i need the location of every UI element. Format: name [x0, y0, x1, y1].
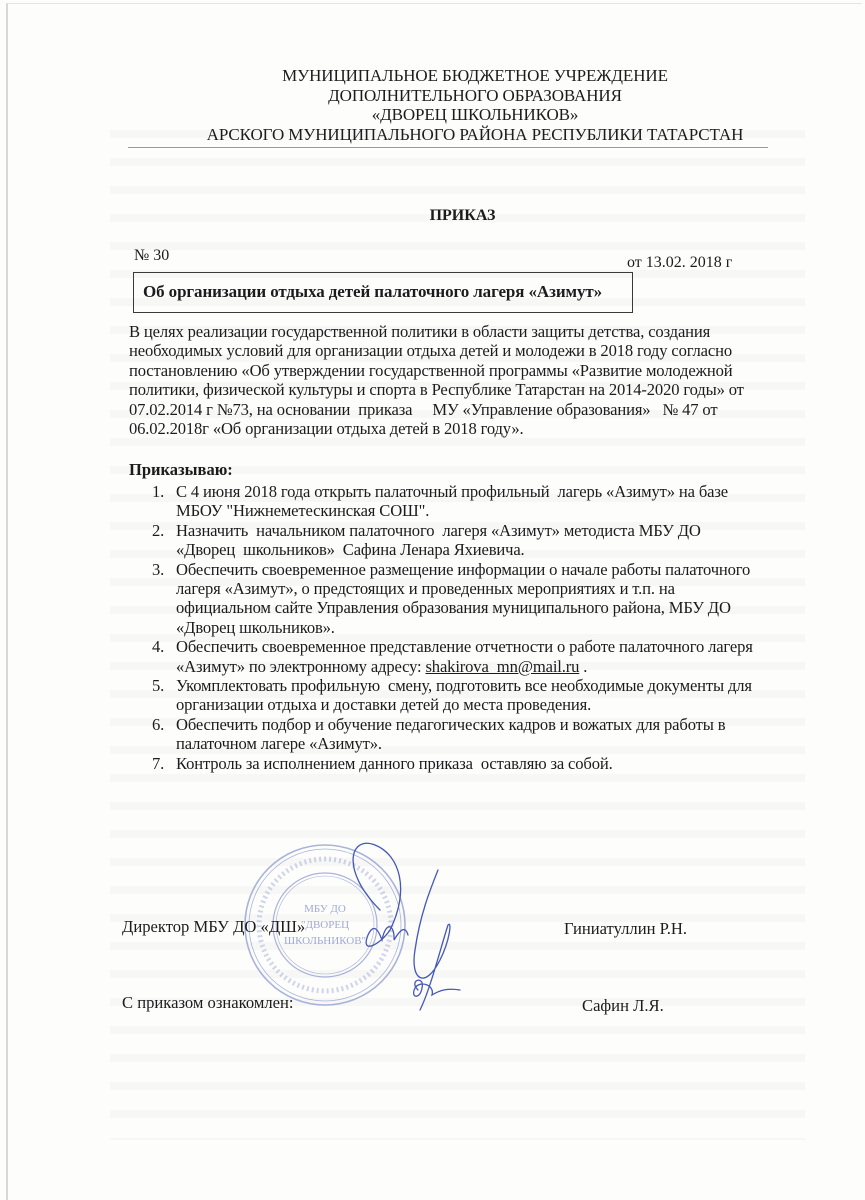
- header-line: «ДВОРЕЦ ШКОЛЬНИКОВ»: [150, 105, 800, 125]
- item-text: «Азимут» по электронному адресу:: [176, 657, 426, 676]
- item-number: 3.: [152, 560, 164, 579]
- preamble-paragraph: В целях реализации государственной полит…: [129, 322, 799, 438]
- stamp-text: МБУ ДО: [304, 903, 346, 915]
- decree-item-2: 2. Назначить начальником палаточного лаг…: [148, 521, 798, 560]
- item-line: официальном сайте Управления образования…: [176, 598, 798, 617]
- item-line: Назначить начальником палаточного лагеря…: [176, 521, 798, 540]
- item-number: 5.: [152, 676, 164, 695]
- item-line: Обеспечить своевременное размещение инфо…: [176, 560, 798, 579]
- decree-item-1: 1. С 4 июня 2018 года открыть палаточный…: [148, 482, 798, 521]
- preamble-line: 06.02.2018г «Об организации отдыха детей…: [129, 419, 799, 438]
- acknowledged-name: Сафин Л.Я.: [582, 996, 664, 1016]
- item-line: Укомплектовать профильную смену, подгото…: [176, 676, 798, 695]
- item-number: 6.: [152, 715, 164, 734]
- decree-item-6: 6. Обеспечить подбор и обучение педагоги…: [148, 715, 798, 754]
- item-number: 1.: [152, 482, 164, 501]
- item-line: «Дворец школьников».: [176, 618, 798, 637]
- acknowledged-label: С приказом ознакомлен:: [122, 993, 293, 1013]
- director-title: Директор МБУ ДО «ДШ»: [122, 917, 305, 937]
- item-number: 7.: [152, 754, 164, 773]
- item-line: Обеспечить подбор и обучение педагогичес…: [176, 715, 798, 734]
- handwritten-signatures: [320, 840, 500, 1020]
- organization-header: МУНИЦИПАЛЬНОЕ БЮДЖЕТНОЕ УЧРЕЖДЕНИЕ ДОПОЛ…: [150, 66, 800, 144]
- preamble-line: 07.02.2014 г №73, на основании приказа М…: [129, 400, 799, 419]
- header-line: ДОПОЛНИТЕЛЬНОГО ОБРАЗОВАНИЯ: [150, 86, 800, 106]
- preamble-line: политики, физической культуры и спорта в…: [129, 380, 799, 399]
- item-line: палаточном лагере «Азимут».: [176, 734, 798, 753]
- email-link[interactable]: shakirova_mn@mail.ru: [426, 657, 580, 676]
- item-number: 2.: [152, 521, 164, 540]
- preamble-line: В целях реализации государственной полит…: [129, 322, 799, 341]
- preamble-line: необходимых условий для организации отды…: [129, 341, 799, 360]
- order-subject: Об организации отдыха детей палаточного …: [143, 282, 602, 301]
- item-line: Контроль за исполнением данного приказа …: [176, 754, 798, 773]
- header-divider: [128, 147, 768, 148]
- item-text: .: [579, 657, 587, 676]
- order-subject-box: Об организации отдыха детей палаточного …: [133, 272, 633, 313]
- item-line: лагеря «Азимут», о предстоящих и проведе…: [176, 579, 798, 598]
- decree-items-list: 1. С 4 июня 2018 года открыть палаточный…: [148, 482, 798, 773]
- order-date: от 13.02. 2018 г: [627, 254, 732, 272]
- order-number: № 30: [134, 247, 169, 265]
- header-line: МУНИЦИПАЛЬНОЕ БЮДЖЕТНОЕ УЧРЕЖДЕНИЕ: [150, 66, 800, 86]
- item-line: организации отдыха и доставки детей до м…: [176, 695, 798, 714]
- item-line: «Дворец школьников» Сафина Ленара Яхиеви…: [176, 540, 798, 559]
- item-number: 4.: [152, 637, 164, 656]
- document-title: ПРИКАЗ: [0, 207, 865, 225]
- director-name: Гиниатуллин Р.Н.: [564, 919, 687, 939]
- decree-item-4: 4. Обеспечить своевременное представлени…: [148, 637, 798, 676]
- decree-item-3: 3. Обеспечить своевременное размещение и…: [148, 560, 798, 638]
- decree-item-7: 7. Контроль за исполнением данного прика…: [148, 754, 798, 773]
- decree-item-5: 5. Укомплектовать профильную смену, подг…: [148, 676, 798, 715]
- decree-label: Приказываю:: [129, 460, 233, 480]
- item-line: Обеспечить своевременное представление о…: [176, 637, 798, 656]
- stamp-text: "ДВОРЕЦ: [301, 919, 349, 931]
- item-line: МБОУ "Нижнеметескинская СОШ".: [176, 501, 798, 520]
- preamble-line: постановлению «Об утверждении государств…: [129, 361, 799, 380]
- item-line: «Азимут» по электронному адресу: shakiro…: [176, 657, 798, 676]
- header-line: АРСКОГО МУНИЦИПАЛЬНОГО РАЙОНА РЕСПУБЛИКИ…: [150, 125, 800, 145]
- item-line: С 4 июня 2018 года открыть палаточный пр…: [176, 482, 798, 501]
